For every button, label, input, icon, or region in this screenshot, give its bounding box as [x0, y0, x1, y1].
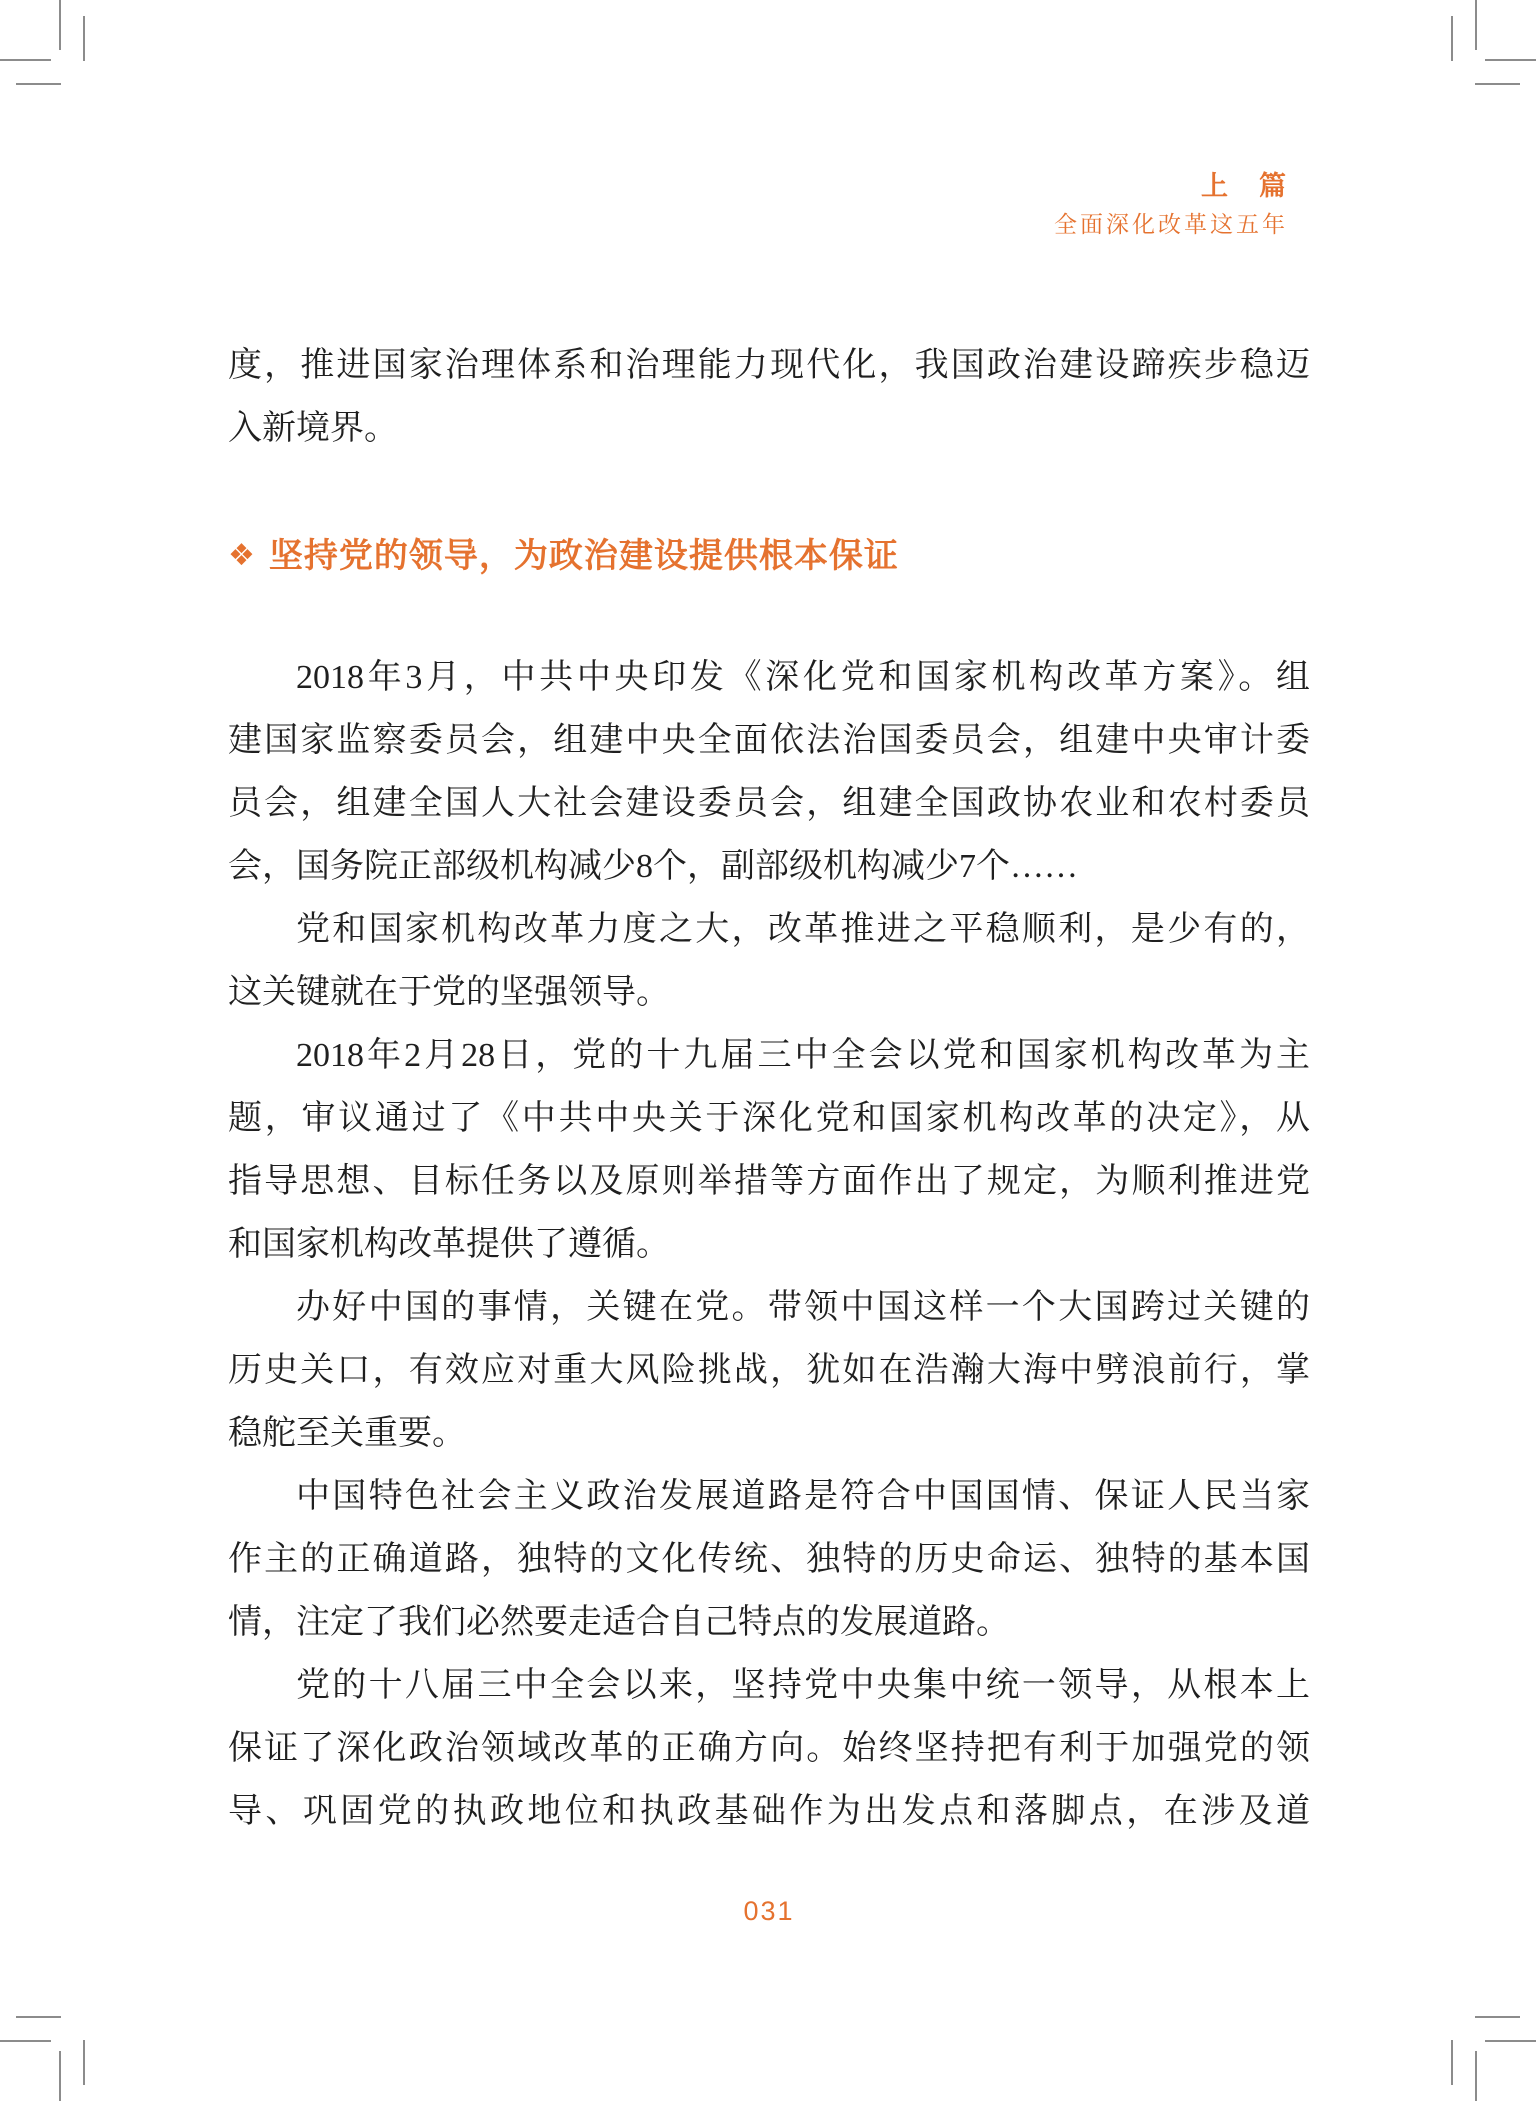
- body-line: 入新境界。: [228, 397, 1310, 460]
- body-line: 题，审议通过了《中共中央关于深化党和国家机构改革的决定》，从: [228, 1087, 1310, 1150]
- crop-mark: [16, 2016, 61, 2018]
- paragraph: 办好中国的事情，关键在党。带领中国这样一个大国跨过关键的 历史关口，有效应对重大…: [228, 1276, 1310, 1465]
- body-line: 员会，组建全国人大社会建设委员会，组建全国政协农业和农村委员: [228, 772, 1310, 835]
- diamond-bullet-icon: ❖: [228, 532, 255, 580]
- paragraph: 2018年3月，中共中央印发《深化党和国家机构改革方案》。组 建国家监察委员会，…: [228, 646, 1310, 898]
- part-label: 上 篇: [1054, 170, 1288, 202]
- running-head: 上 篇 全面深化改革这五年: [1054, 170, 1288, 240]
- body-line: 导、巩固党的执政地位和执政基础作为出发点和落脚点，在涉及道: [228, 1780, 1310, 1843]
- paragraph: 2018年2月28日，党的十九届三中全会以党和国家机构改革为主 题，审议通过了《…: [228, 1024, 1310, 1276]
- page-number: 031: [228, 1896, 1310, 1927]
- part-subtitle: 全面深化改革这五年: [1054, 210, 1288, 240]
- body-line: 和国家机构改革提供了遵循。: [228, 1213, 1310, 1276]
- crop-mark: [1475, 2016, 1520, 2018]
- page-body: 度，推进国家治理体系和治理能力现代化，我国政治建设蹄疾步稳迈 入新境界。 ❖ 坚…: [228, 334, 1310, 1843]
- crop-mark: [1475, 83, 1520, 85]
- body-line: 稳舵至关重要。: [228, 1402, 1310, 1465]
- body-line: 情，注定了我们必然要走适合自己特点的发展道路。: [228, 1591, 1310, 1654]
- body-paragraphs: 2018年3月，中共中央印发《深化党和国家机构改革方案》。组 建国家监察委员会，…: [228, 646, 1310, 1843]
- body-line: 中国特色社会主义政治发展道路是符合中国国情、保证人民当家: [228, 1465, 1310, 1528]
- body-line: 2018年2月28日，党的十九届三中全会以党和国家机构改革为主: [228, 1024, 1310, 1087]
- crop-mark: [83, 16, 85, 61]
- crop-mark: [1451, 2040, 1453, 2085]
- paragraph: 中国特色社会主义政治发展道路是符合中国国情、保证人民当家 作主的正确道路，独特的…: [228, 1465, 1310, 1654]
- section-heading: ❖ 坚持党的领导，为政治建设提供根本保证: [228, 532, 1310, 580]
- crop-mark: [0, 2040, 51, 2042]
- body-line: 2018年3月，中共中央印发《深化党和国家机构改革方案》。组: [228, 646, 1310, 709]
- body-line: 保证了深化政治领域改革的正确方向。始终坚持把有利于加强党的领: [228, 1717, 1310, 1780]
- body-line: 党和国家机构改革力度之大，改革推进之平稳顺利，是少有的，: [228, 898, 1310, 961]
- body-line: 办好中国的事情，关键在党。带领中国这样一个大国跨过关键的: [228, 1276, 1310, 1339]
- body-line: 党的十八届三中全会以来，坚持党中央集中统一领导，从根本上: [228, 1654, 1310, 1717]
- body-line: 作主的正确道路，独特的文化传统、独特的历史命运、独特的基本国: [228, 1528, 1310, 1591]
- crop-mark: [1475, 0, 1477, 50]
- crop-mark: [1485, 59, 1536, 61]
- paragraph: 党的十八届三中全会以来，坚持党中央集中统一领导，从根本上 保证了深化政治领域改革…: [228, 1654, 1310, 1843]
- body-line: 这关键就在于党的坚强领导。: [228, 961, 1310, 1024]
- crop-mark: [83, 2040, 85, 2085]
- body-line: 度，推进国家治理体系和治理能力现代化，我国政治建设蹄疾步稳迈: [228, 334, 1310, 397]
- body-line: 历史关口，有效应对重大风险挑战，犹如在浩瀚大海中劈浪前行，掌: [228, 1339, 1310, 1402]
- crop-mark: [0, 59, 51, 61]
- section-title: 坚持党的领导，为政治建设提供根本保证: [269, 532, 899, 580]
- crop-mark: [1451, 16, 1453, 61]
- crop-mark: [59, 2051, 61, 2101]
- crop-mark: [16, 83, 61, 85]
- body-line: 指导思想、目标任务以及原则举措等方面作出了规定，为顺利推进党: [228, 1150, 1310, 1213]
- body-line: 建国家监察委员会，组建中央全面依法治国委员会，组建中央审计委: [228, 709, 1310, 772]
- crop-mark: [1485, 2040, 1536, 2042]
- body-line: 会，国务院正部级机构减少8个，副部级机构减少7个……: [228, 835, 1310, 898]
- crop-mark: [1475, 2051, 1477, 2101]
- intro-paragraph: 度，推进国家治理体系和治理能力现代化，我国政治建设蹄疾步稳迈 入新境界。: [228, 334, 1310, 460]
- crop-mark: [59, 0, 61, 50]
- paragraph: 党和国家机构改革力度之大，改革推进之平稳顺利，是少有的， 这关键就在于党的坚强领…: [228, 898, 1310, 1024]
